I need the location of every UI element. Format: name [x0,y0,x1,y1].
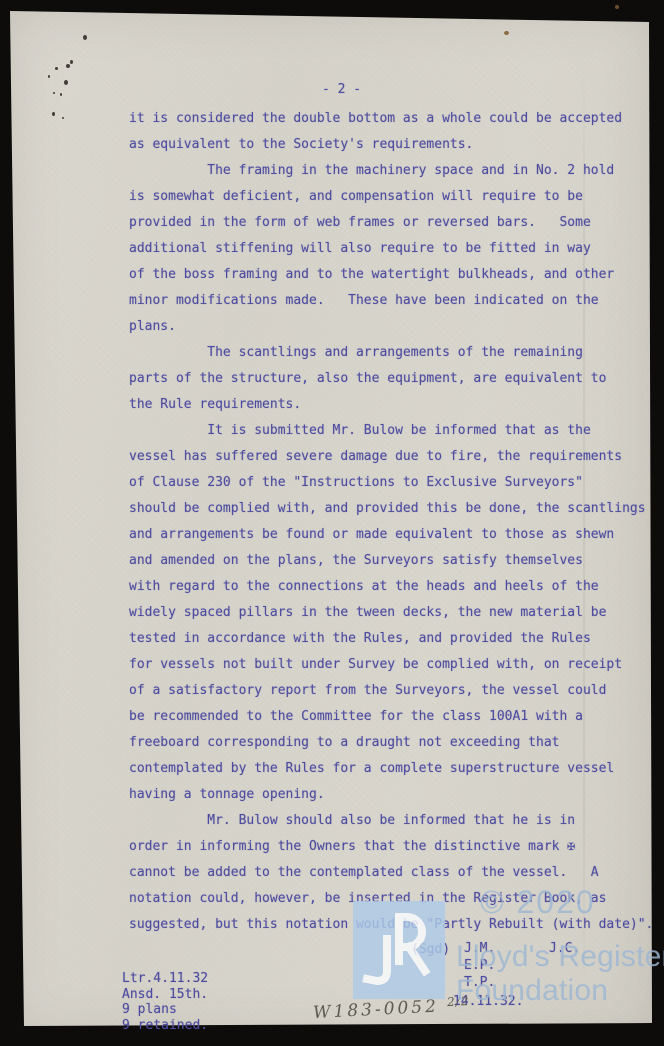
typed-line: provided in the form of web frames or re… [129,210,653,236]
filing-note-line: Ltr.4.11.32 [122,971,208,987]
ink-speck [70,60,73,64]
typed-line: cannot be added to the contemplated clas… [129,860,653,886]
typed-line: widely spaced pillars in the tween decks… [129,600,653,626]
dirt-speck [615,5,619,9]
filing-note-line: 9 plans [122,1002,208,1018]
typed-line: of a satisfactory report from the Survey… [129,678,653,704]
typed-line: is somewhat deficient, and compensation … [129,184,653,210]
typed-line: tested in accordance with the Rules, and… [129,626,653,652]
scanned-document-page: - 2 - it is considered the double bottom… [0,0,664,1046]
typed-line: of the boss framing and to the watertigh… [129,262,653,288]
dirt-speck [504,31,509,35]
typed-line: for vessels not built under Survey be co… [129,652,653,678]
lr-monogram-icon [353,901,445,999]
typed-line: vessel has suffered severe damage due to… [129,444,653,470]
typed-line: having a tonnage opening. [129,782,653,808]
typed-line: additional stiffening will also require … [129,236,653,262]
typed-line: as equivalent to the Society's requireme… [129,132,653,158]
typed-line: parts of the structure, also the equipme… [129,366,653,392]
ink-speck [83,35,87,40]
typed-line: the Rule requirements. [129,392,653,418]
ink-speck [52,112,55,116]
typed-line: freeboard corresponding to a draught not… [129,730,653,756]
ink-speck [53,92,55,94]
typed-line: and arrangements be found or made equiva… [129,522,653,548]
watermark-org-name: Lloyd's Register [456,940,664,974]
typed-line: be recommended to the Committee for the … [129,704,653,730]
ink-speck [66,64,70,68]
lr-logo-box [353,901,445,999]
ink-speck [60,93,62,96]
ink-speck [64,80,68,85]
typed-line: minor modifications made. These have bee… [129,288,653,314]
typed-line: order in informing the Owners that the d… [129,834,653,860]
typed-line: The scantlings and arrangements of the r… [129,340,653,366]
typed-line: and amended on the plans, the Surveyors … [129,548,653,574]
ink-speck [55,67,58,70]
typed-line: The framing in the machinery space and i… [129,158,653,184]
typed-line: it is considered the double bottom as a … [129,106,653,132]
typed-line: with regard to the connections at the he… [129,574,653,600]
filing-note: Ltr.4.11.32Ansd. 15th.9 plans9 retained. [122,971,208,1033]
typed-line: plans. [129,314,653,340]
ink-speck [48,75,50,78]
typed-line: should be complied with, and provided th… [129,496,653,522]
page-number: - 2 - [322,82,361,97]
watermark-copyright: © 2020 [480,884,596,921]
filing-note-line: Ansd. 15th. [122,987,208,1003]
typed-line: It is submitted Mr. Bulow be informed th… [129,418,653,444]
watermark-org-name-2: Foundation [456,974,608,1008]
typed-line: Mr. Bulow should also be informed that h… [129,808,653,834]
typed-line: contemplated by the Rules for a complete… [129,756,653,782]
typed-line: of Clause 230 of the "Instructions to Ex… [129,470,653,496]
letter-body: it is considered the double bottom as a … [129,106,653,938]
ink-speck [62,117,64,119]
filing-note-line: 9 retained. [122,1018,208,1034]
